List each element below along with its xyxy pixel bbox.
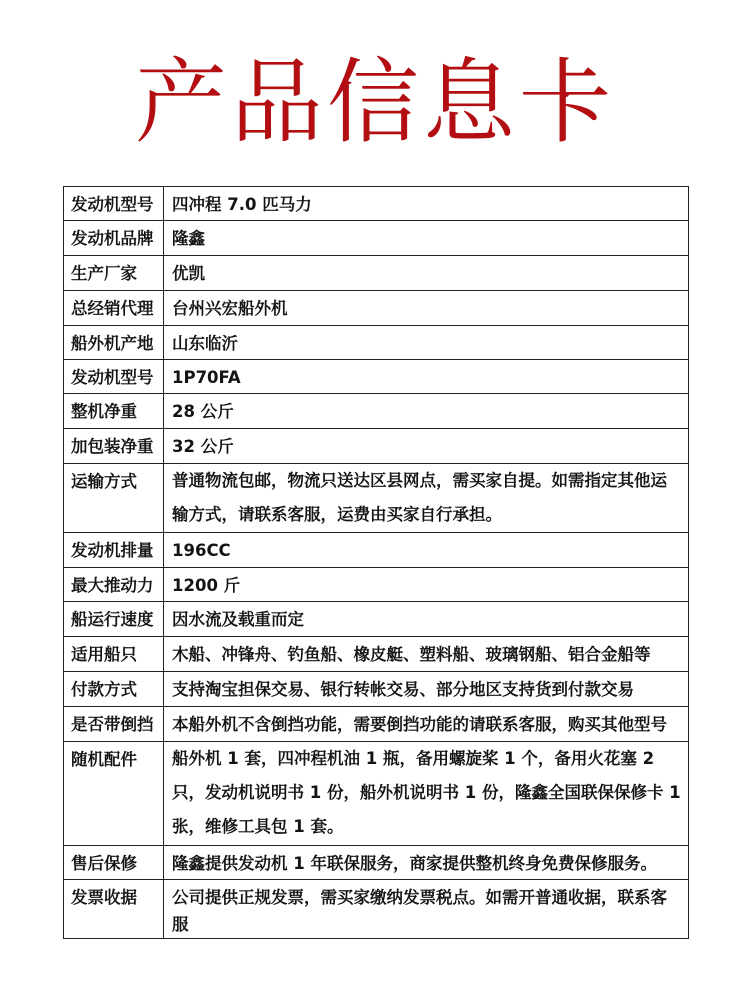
row-label: 适用船只: [64, 637, 164, 672]
row-label: 船运行速度: [64, 602, 164, 637]
table-row: 船运行速度因水流及载重而定: [64, 602, 689, 637]
table-body: 发动机型号四冲程 7.0 匹马力 发动机品牌隆鑫 生产厂家优凯 总经销代理台州兴…: [64, 187, 689, 939]
table-row: 是否带倒挡本船外机不含倒挡功能，需要倒挡功能的请联系客服，购买其他型号: [64, 707, 689, 742]
row-value: 台州兴宏船外机: [164, 291, 689, 326]
page-title: 产品信息卡: [0, 48, 750, 158]
row-value: 公司提供正规发票，需买家缴纳发票税点。如需开普通收据，联系客服: [164, 880, 689, 939]
row-label: 发动机品牌: [64, 221, 164, 256]
row-value: 隆鑫提供发动机 1 年联保服务，商家提供整机终身免费保修服务。: [164, 846, 689, 880]
row-label: 是否带倒挡: [64, 707, 164, 742]
row-label: 发动机型号: [64, 360, 164, 394]
table-row: 运输方式普通物流包邮，物流只送达区县网点，需买家自提。如需指定其他运输方式，请联…: [64, 464, 689, 533]
table-row: 整机净重28 公斤: [64, 394, 689, 429]
row-label: 船外机产地: [64, 326, 164, 360]
row-label: 整机净重: [64, 394, 164, 429]
row-label: 运输方式: [64, 464, 164, 533]
table-row: 船外机产地山东临沂: [64, 326, 689, 360]
row-value: 船外机 1 套，四冲程机油 1 瓶，备用螺旋桨 1 个，备用火花塞 2 只，发动…: [164, 742, 689, 846]
row-value: 普通物流包邮，物流只送达区县网点，需买家自提。如需指定其他运输方式，请联系客服，…: [164, 464, 689, 533]
row-label: 付款方式: [64, 672, 164, 707]
table-row: 随机配件船外机 1 套，四冲程机油 1 瓶，备用螺旋桨 1 个，备用火花塞 2 …: [64, 742, 689, 846]
table-row: 发动机排量196CC: [64, 533, 689, 568]
row-value: 四冲程 7.0 匹马力: [164, 187, 689, 221]
table-row: 发票收据公司提供正规发票，需买家缴纳发票税点。如需开普通收据，联系客服: [64, 880, 689, 939]
row-value: 木船、冲锋舟、钓鱼船、橡皮艇、塑料船、玻璃钢船、铝合金船等: [164, 637, 689, 672]
row-label: 售后保修: [64, 846, 164, 880]
row-label: 发动机型号: [64, 187, 164, 221]
row-value: 196CC: [164, 533, 689, 568]
row-label: 发票收据: [64, 880, 164, 939]
row-label: 加包装净重: [64, 429, 164, 464]
row-value: 优凯: [164, 256, 689, 291]
table-row: 售后保修隆鑫提供发动机 1 年联保服务，商家提供整机终身免费保修服务。: [64, 846, 689, 880]
row-label: 总经销代理: [64, 291, 164, 326]
table-row: 生产厂家优凯: [64, 256, 689, 291]
table-row: 发动机型号四冲程 7.0 匹马力: [64, 187, 689, 221]
table-row: 加包装净重32 公斤: [64, 429, 689, 464]
table-row: 适用船只木船、冲锋舟、钓鱼船、橡皮艇、塑料船、玻璃钢船、铝合金船等: [64, 637, 689, 672]
row-value: 32 公斤: [164, 429, 689, 464]
row-value: 山东临沂: [164, 326, 689, 360]
row-value: 因水流及载重而定: [164, 602, 689, 637]
product-info-table: 发动机型号四冲程 7.0 匹马力 发动机品牌隆鑫 生产厂家优凯 总经销代理台州兴…: [63, 186, 689, 939]
row-value: 28 公斤: [164, 394, 689, 429]
table-row: 发动机品牌隆鑫: [64, 221, 689, 256]
table-row: 总经销代理台州兴宏船外机: [64, 291, 689, 326]
row-label: 生产厂家: [64, 256, 164, 291]
row-value: 1200 斤: [164, 568, 689, 602]
row-label: 发动机排量: [64, 533, 164, 568]
row-label: 最大推动力: [64, 568, 164, 602]
table-row: 发动机型号1P70FA: [64, 360, 689, 394]
table-row: 付款方式支持淘宝担保交易、银行转帐交易、部分地区支持货到付款交易: [64, 672, 689, 707]
row-value: 本船外机不含倒挡功能，需要倒挡功能的请联系客服，购买其他型号: [164, 707, 689, 742]
row-value: 1P70FA: [164, 360, 689, 394]
row-label: 随机配件: [64, 742, 164, 846]
table-row: 最大推动力1200 斤: [64, 568, 689, 602]
row-value: 隆鑫: [164, 221, 689, 256]
row-value: 支持淘宝担保交易、银行转帐交易、部分地区支持货到付款交易: [164, 672, 689, 707]
